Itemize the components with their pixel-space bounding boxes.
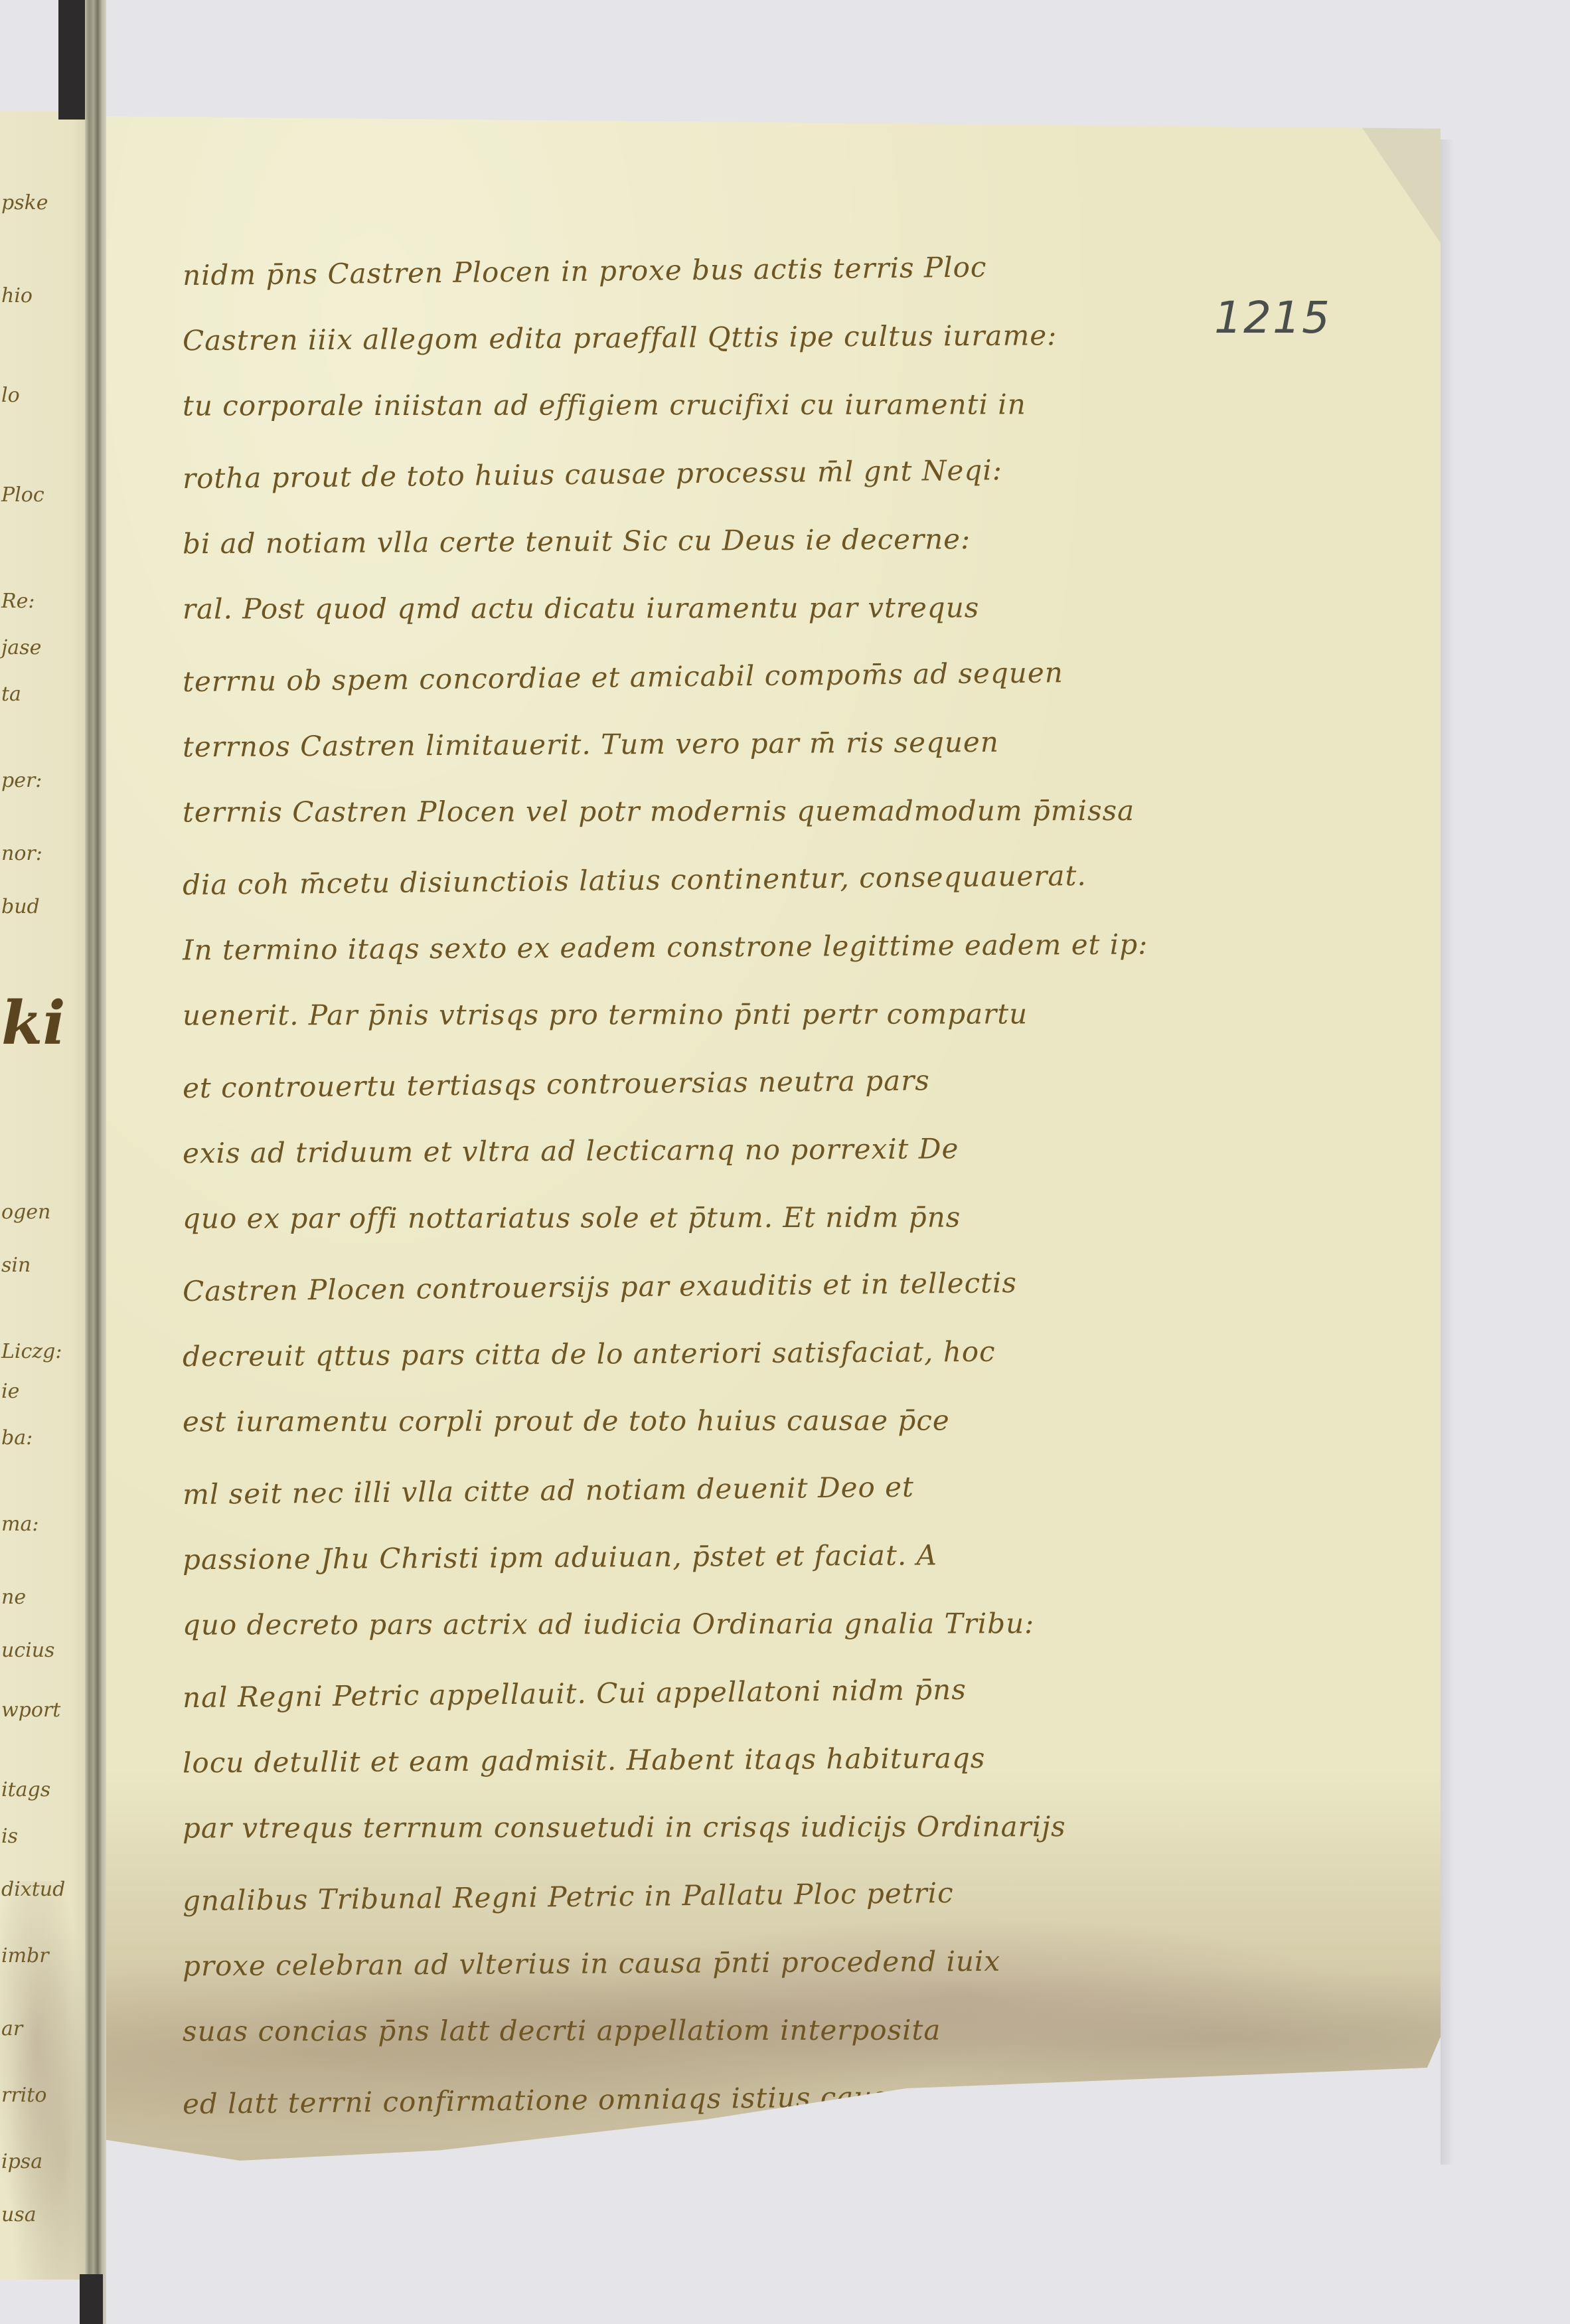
margin-fragment: ba: — [1, 1426, 33, 1450]
margin-fragment: per: — [1, 769, 42, 792]
manuscript-line: terrnu ob spem concordiae et amicabil co… — [183, 636, 1345, 716]
manuscript-line: exis ad triduum et vltra ad lecticarnq n… — [183, 1113, 1345, 1188]
margin-fragment: ki — [1, 988, 66, 1058]
manuscript-line: suas concias p̄ns latt decrti appellatio… — [183, 1995, 1344, 2065]
margin-fragment: Liczg: — [1, 1340, 62, 1363]
margin-fragment: nor: — [1, 842, 42, 865]
manuscript-text-block: nidm p̄ns Castren Plocen in proxe bus ac… — [183, 236, 1344, 2200]
margin-fragment: ne — [1, 1586, 26, 1609]
manuscript-line: ed latt terrni confirmatione omniaqs ist… — [183, 2058, 1345, 2138]
manuscript-line: nal Regni Petric appellauit. Cui appella… — [183, 1652, 1345, 1732]
manuscript-line: locu detullit et eam gadmisit. Habent it… — [183, 1722, 1345, 1797]
manuscript-line: dia coh m̄cetu disiunctiois latius conti… — [183, 839, 1345, 919]
facing-page-left: pskehioloPlocRe:jasetaper:nor:budkiogens… — [0, 112, 90, 2280]
manuscript-line: Castren iiix allegom edita praeffall Qtt… — [183, 300, 1345, 375]
binding-strap-top — [58, 0, 88, 120]
margin-fragment: is — [1, 1825, 18, 1848]
margin-fragment: Re: — [1, 590, 35, 613]
margin-fragment: sin — [1, 1254, 31, 1277]
margin-fragment: ie — [1, 1380, 19, 1403]
manuscript-line: terrnis Castren Plocen vel potr modernis… — [183, 776, 1344, 846]
margin-fragment: imbr — [1, 1944, 49, 1967]
manuscript-folio: 1215 nidm p̄ns Castren Plocen in proxe b… — [106, 116, 1441, 2181]
manuscript-line: proxe celebran ad vlterius in causa p̄nt… — [183, 1926, 1345, 2001]
manuscript-line: decreuit qttus pars citta de lo anterior… — [183, 1316, 1345, 1391]
manuscript-line: In termino itaqs sexto ex eadem constron… — [183, 910, 1345, 985]
manuscript-line: quo decreto pars actrix ad iudicia Ordin… — [183, 1589, 1344, 1659]
manuscript-line: passione Jhu Christi ipm aduiuan, p̄stet… — [183, 1519, 1345, 1594]
margin-fragment: usa — [1, 2203, 37, 2226]
manuscript-line: Castren Plocen controuersijs par exaudit… — [183, 1246, 1345, 1325]
margin-fragment: ar — [1, 2017, 23, 2040]
manuscript-line: et controuertu tertiasqs controuersias n… — [183, 1042, 1345, 1122]
margin-fragment: itags — [1, 1778, 50, 1801]
manuscript-line: quo ex par offi nottariatus sole et p̄tu… — [183, 1183, 1344, 1252]
margin-fragment: Ploc — [1, 483, 44, 507]
margin-fragment: pske — [1, 191, 48, 214]
manuscript-line: terrnos Castren limitauerit. Tum vero pa… — [183, 706, 1345, 782]
manuscript-line: rotha prout de toto huius causae process… — [183, 433, 1345, 513]
margin-fragment: jase — [1, 636, 41, 659]
manuscript-line: acta acnaris cois obseruantia. — [183, 2129, 1345, 2204]
page-edge-shadow — [1441, 139, 1454, 2165]
manuscript-line: bi ad notiam vlla certe tenuit Sic cu De… — [183, 503, 1345, 578]
binding-strap-bottom — [80, 2274, 103, 2324]
margin-fragment: ma: — [1, 1513, 39, 1536]
manuscript-line: nidm p̄ns Castren Plocen in proxe bus ac… — [183, 230, 1345, 309]
margin-fragment: lo — [1, 384, 20, 407]
manuscript-line: est iuramentu corpli prout de toto huius… — [183, 1386, 1344, 1455]
margin-fragment: ta — [1, 683, 21, 706]
manuscript-line: par vtrequs terrnum consuetudi in crisqs… — [183, 1792, 1344, 1862]
margin-fragment: bud — [1, 895, 40, 918]
facing-page-margin-text: pskehioloPlocRe:jasetaper:nor:budkiogens… — [0, 112, 90, 2280]
manuscript-line: ml seit nec illi vlla citte ad notiam de… — [183, 1449, 1345, 1529]
margin-fragment: rrito — [1, 2084, 46, 2107]
manuscript-line: ral. Post quod qmd actu dicatu iuramentu… — [183, 573, 1344, 643]
manuscript-line: gnalibus Tribunal Regni Petric in Pallat… — [183, 1855, 1345, 1935]
margin-fragment: ogen — [1, 1201, 50, 1224]
manuscript-line: uenerit. Par p̄nis vtrisqs pro termino p… — [183, 979, 1344, 1049]
margin-fragment: ucius — [1, 1639, 54, 1662]
margin-fragment: ipsa — [1, 2150, 42, 2173]
margin-fragment: wport — [1, 1699, 60, 1722]
margin-fragment: dixtud — [1, 1878, 65, 1901]
margin-fragment: hio — [1, 284, 33, 307]
book-gutter — [85, 0, 106, 2324]
manuscript-line: tu corporale iniistan ad effigiem crucif… — [183, 370, 1344, 440]
